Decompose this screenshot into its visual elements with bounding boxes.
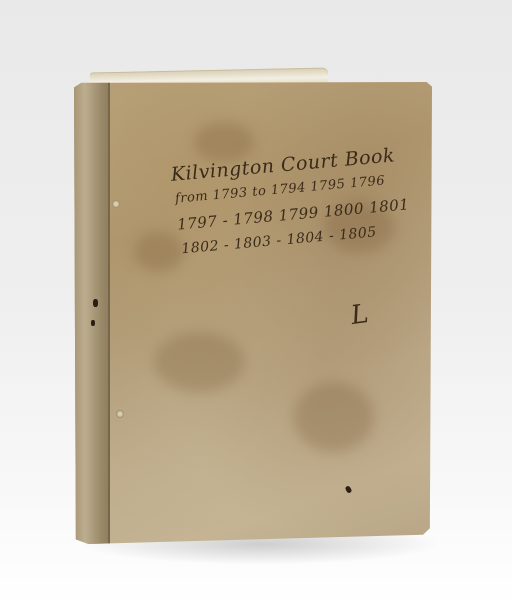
ink-blot	[91, 320, 95, 326]
stain	[154, 332, 244, 392]
cover-mark: L	[349, 299, 370, 331]
stain	[194, 122, 254, 162]
ink-blot	[345, 485, 353, 494]
cord-hole	[116, 410, 124, 418]
vellum-book-cover: Kilvington Court Book from 1793 to 1794 …	[74, 82, 432, 544]
cord-hole	[112, 200, 120, 208]
stain	[294, 382, 374, 452]
stain	[134, 232, 184, 272]
ink-blot	[93, 299, 98, 307]
book-spine	[74, 82, 110, 544]
photo-scene: Kilvington Court Book from 1793 to 1794 …	[0, 0, 512, 607]
spine-hinge	[108, 82, 110, 544]
